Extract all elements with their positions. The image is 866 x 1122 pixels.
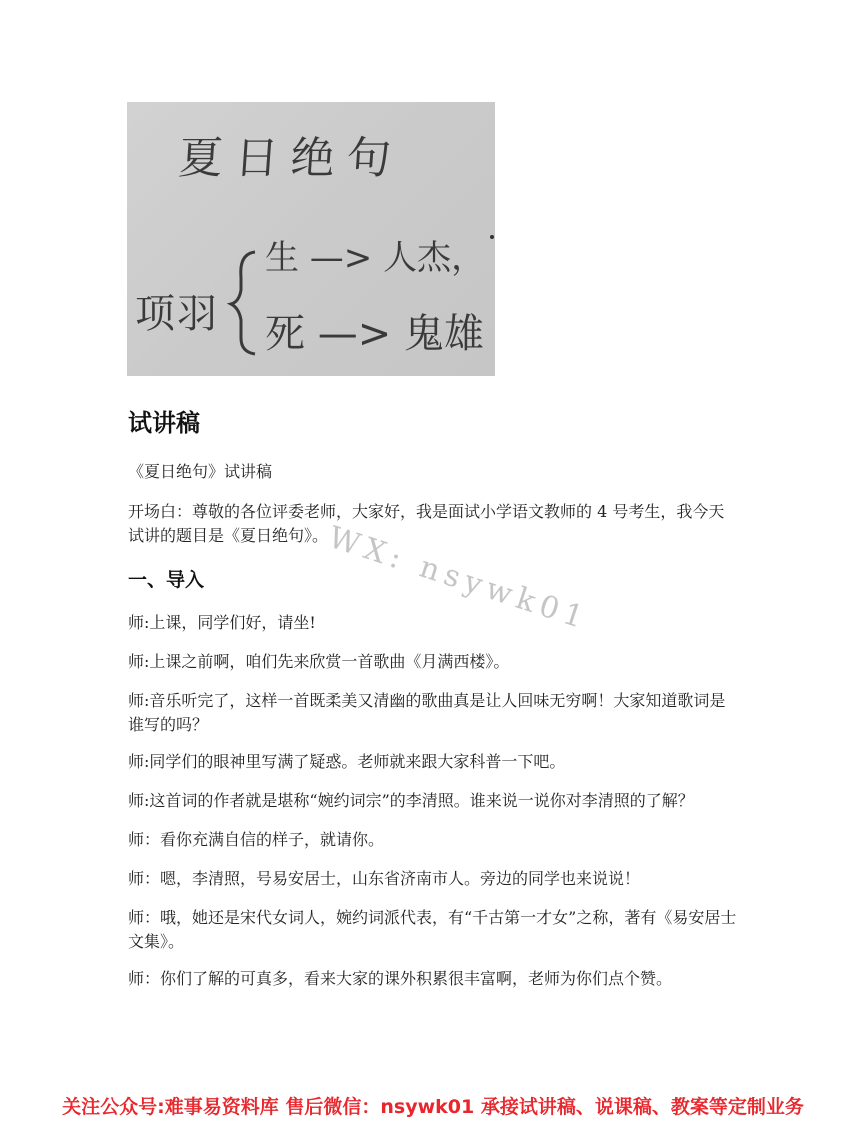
footer-banner: 关注公众号:难事易资料库 售后微信：nsywk01 承接试讲稿、说课稿、教案等定… xyxy=(0,1092,866,1122)
document-subtitle: 《夏日绝句》试讲稿 xyxy=(128,460,738,484)
dialogue-line: 师:同学们的眼神里写满了疑惑。老师就来跟大家科普一下吧。 xyxy=(128,750,738,774)
dialogue-line: 师:上课之前啊，咱们先来欣赏一首歌曲《月满西楼》。 xyxy=(128,650,738,674)
opening-paragraph: 开场白：尊敬的各位评委老师，大家好，我是面试小学语文教师的 4 号考生，我今天试… xyxy=(128,500,738,548)
photo-title: 夏日绝句 xyxy=(177,122,405,186)
dialogue-line: 师:这首词的作者就是堪称“婉约词宗”的李清照。谁来说一说你对李清照的了解？ xyxy=(128,789,738,813)
dialogue-line: 师：看你充满自信的样子，就请你。 xyxy=(128,828,738,852)
dialogue-line: 师:音乐听完了，这样一首既柔美又清幽的歌曲真是让人回味无穷啊！大家知道歌词是谁写… xyxy=(128,689,738,737)
photo-name: 项羽 xyxy=(135,282,219,339)
dialogue-line: 师：你们了解的可真多，看来大家的课外积累很丰富啊，老师为你们点个赞。 xyxy=(128,967,738,991)
dialogue-line: 师：嗯，李清照，号易安居士，山东省济南市人。旁边的同学也来说说！ xyxy=(128,867,738,891)
handwritten-note-photo: 夏日绝句 项羽 生 —> 人杰， 死 —> 鬼雄 xyxy=(127,102,495,376)
photo-row-death: 死 —> 鬼雄 xyxy=(265,302,484,359)
document-title: 试讲稿 xyxy=(128,403,200,438)
dialogue-line: 师：哦，她还是宋代女词人，婉约词派代表，有“千古第一才女”之称，著有《易安居士文… xyxy=(128,906,738,954)
dialogue-line: 师:上课，同学们好，请坐! xyxy=(128,611,738,635)
photo-row-life: 生 —> 人杰， xyxy=(265,230,485,279)
section-heading-intro: 一、导入 xyxy=(128,565,204,592)
